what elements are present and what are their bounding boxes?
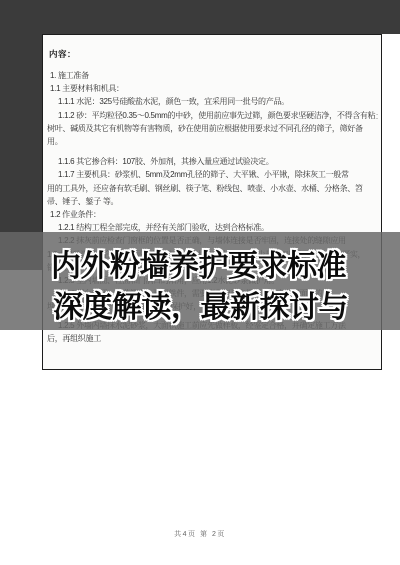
document-line: 用。 [47,135,378,148]
photo-dark-edge-top [0,0,400,34]
document-line: 1. 施工准备 [50,69,378,82]
document-line: 树叶、碱质及其它有机物等有害物质，砂在使用前应根据使用要求过不同孔径的筛子，筛好… [47,122,378,135]
document-line: 1.1.6 其它掺合料：107胶、外加剂，其掺入量应通过试验决定。 [58,155,378,168]
document-line: 后，再组织施工 [47,332,378,345]
page-number-footer: 共4页 第 2页 [0,529,400,539]
document-line: 帚、锤子、錾子 等。 [47,195,378,208]
title-overlay-band: 内外粉墙养护要求标准 深度解读，最新探讨与 [0,232,400,330]
document-line: 1.1 主要材料和机具： [50,82,378,95]
document-line: 1.2 作业条件： [50,208,378,221]
document-line: 1.1.2 砂：平均粒径0.35～0.5mm的中砂，使用前应事先过筛，颜色要求坚… [58,109,378,122]
overlay-title-line1: 内外粉墙养护要求标准 [51,252,346,282]
document-line: 用的工具外，还应备有软毛刷、钢丝刷、筷子笔、粉线包、喷壶、小水壶、水桶、分格条、… [47,182,378,195]
document-heading: 内容： [49,48,378,61]
document-line: 1.1.1 水泥：325号硅酸盐水泥，颜色一致，宜采用同一批号的产品。 [58,95,378,108]
document-line: 1.1.7 主要机具：砂浆机、5mm及2mm孔径的筛子、大平锹、小平锹，除抹灰工… [58,168,378,181]
scanned-document-photo: 内容： 1. 施工准备1.1 主要材料和机具：1.1.1 水泥：325号硅酸盐水… [0,0,400,565]
overlay-title-line2: 深度解读，最新探讨与 [53,293,348,323]
